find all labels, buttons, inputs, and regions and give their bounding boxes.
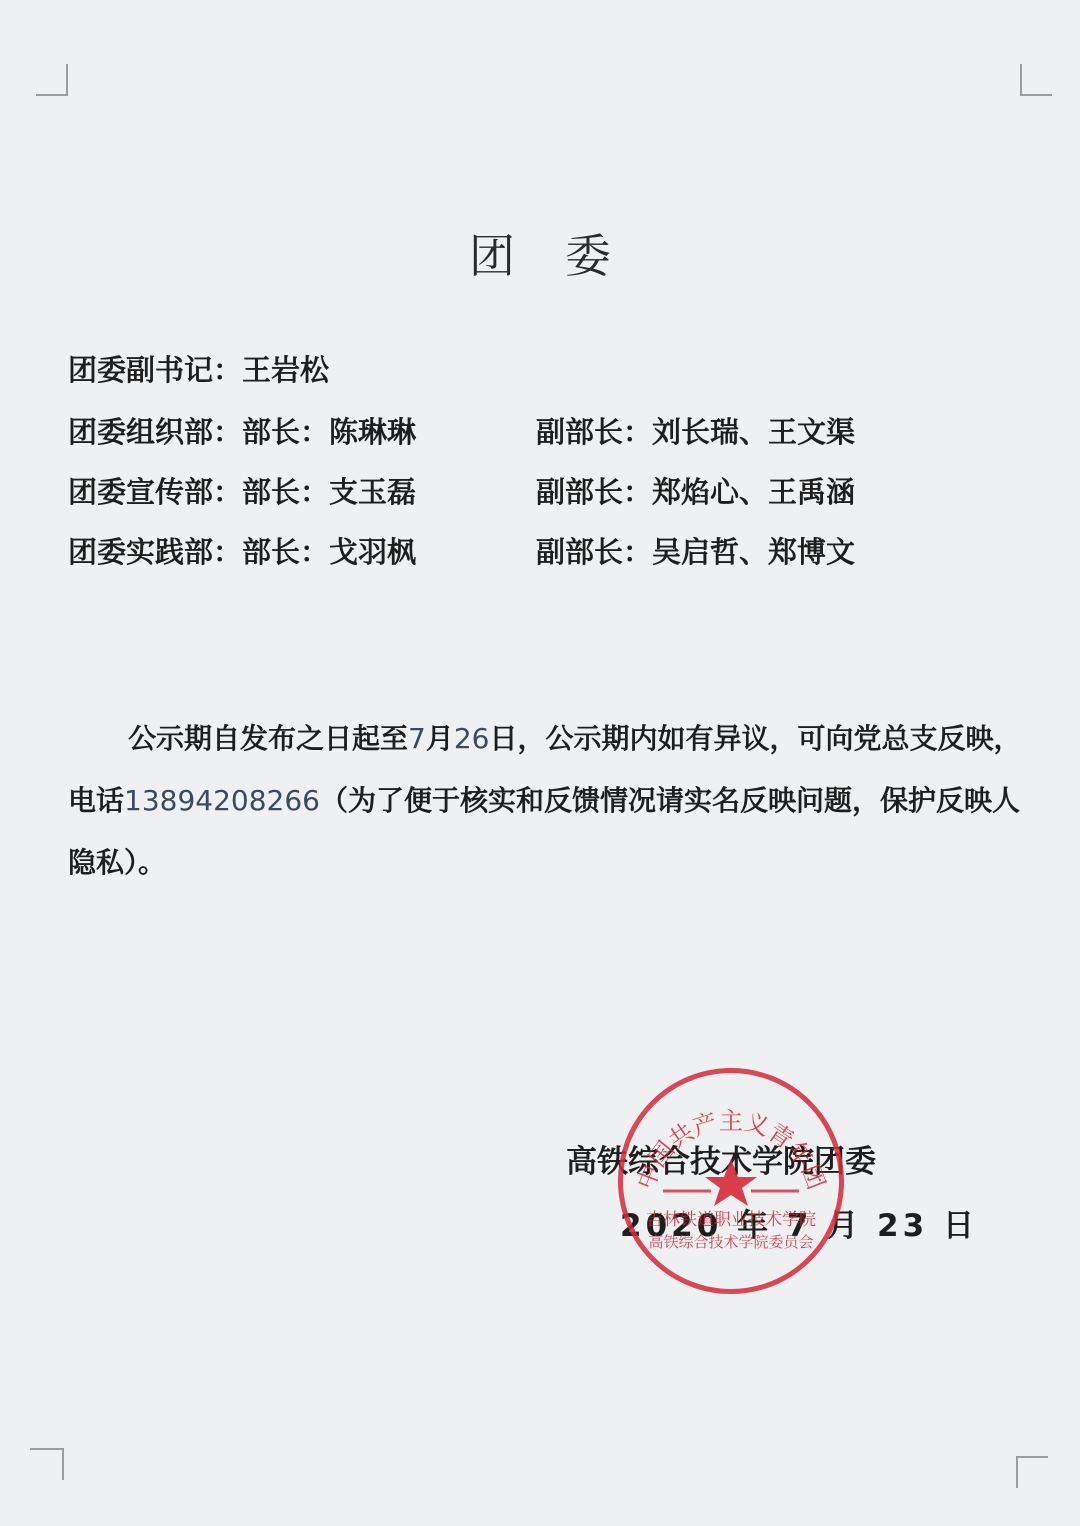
dept-row-organization: 团委组织部：部长：陈琳琳 副部长：刘长瑞、王文渠 — [68, 410, 509, 460]
deputy-names: 刘长瑞、王文渠 — [652, 415, 855, 449]
signature-org: 高铁综合技术学院团委 — [566, 1136, 876, 1181]
head-label: 部长： — [242, 530, 329, 571]
notice-month-unit: 月 — [426, 722, 454, 755]
deputy-group: 副部长：吴启哲、郑博文 — [536, 530, 855, 571]
crop-mark-top-right — [1020, 64, 1052, 96]
phone-number: 13894208266 — [124, 784, 320, 817]
crop-mark-bottom-left — [30, 1448, 64, 1480]
dept-name: 团委组织部： — [68, 410, 242, 451]
deputy-group: 副部长：刘长瑞、王文渠 — [536, 410, 855, 451]
head-name: 支玉磊 — [329, 470, 509, 511]
dept-name: 团委宣传部： — [68, 470, 242, 511]
deputy-names: 吴启哲、郑博文 — [652, 535, 855, 569]
vice-secretary-name: 王岩松 — [242, 353, 329, 387]
notice-text: 公示期自发布之日起至 — [128, 722, 408, 755]
vice-secretary-row: 团委副书记：王岩松 — [68, 348, 329, 398]
deputy-names: 郑焰心、王禹涵 — [652, 475, 855, 509]
vice-secretary-label: 团委副书记： — [68, 353, 242, 387]
official-seal-stamp: 中国共产主义青年团 吉林铁道职业技术学院 高铁综合技术学院委员会 — [618, 1068, 844, 1294]
head-label: 部长： — [242, 470, 329, 511]
seal-graphic: 中国共产主义青年团 吉林铁道职业技术学院 高铁综合技术学院委员会 — [623, 1073, 839, 1289]
head-name: 戈羽枫 — [329, 530, 509, 571]
crop-mark-top-left — [36, 64, 68, 96]
head-label: 部长： — [242, 410, 329, 451]
deputy-label: 副部长： — [536, 415, 652, 449]
signature-date: 2020 年 7 月 23 日 — [620, 1200, 978, 1245]
dept-row-practice: 团委实践部：部长：戈羽枫 副部长：吴启哲、郑博文 — [68, 530, 509, 580]
deputy-group: 副部长：郑焰心、王禹涵 — [536, 470, 855, 511]
crop-mark-bottom-right — [1016, 1456, 1048, 1488]
head-name: 陈琳琳 — [329, 410, 509, 451]
deputy-label: 副部长： — [536, 535, 652, 569]
dept-name: 团委实践部： — [68, 530, 242, 571]
dept-row-publicity: 团委宣传部：部长：支玉磊 副部长：郑焰心、王禹涵 — [68, 470, 509, 520]
notice-day: 26 — [454, 722, 490, 755]
document-title: 团委 — [0, 220, 1080, 286]
notice-month: 7 — [408, 722, 426, 755]
deputy-label: 副部长： — [536, 475, 652, 509]
public-notice-paragraph: 公示期自发布之日起至7月26日，公示期内如有异议，可向党总支反映，电话13894… — [68, 708, 1028, 894]
